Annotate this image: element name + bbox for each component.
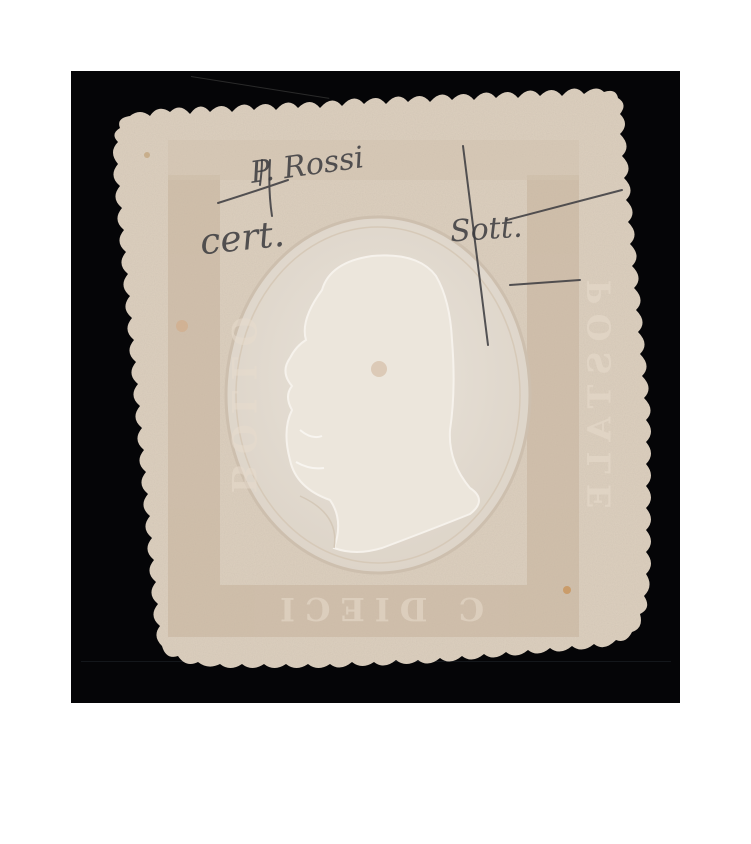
- stamp: [0, 0, 751, 844]
- mirrored-right-label: POSTALE: [580, 280, 618, 519]
- stain-center: [371, 361, 387, 377]
- mirrored-left-label: BOLLO: [223, 307, 263, 493]
- mirrored-bottom-label: C DIECI: [270, 590, 484, 628]
- pencil-note-cert: cert.: [198, 214, 286, 264]
- pencil-note-sott: Sott.: [449, 210, 524, 250]
